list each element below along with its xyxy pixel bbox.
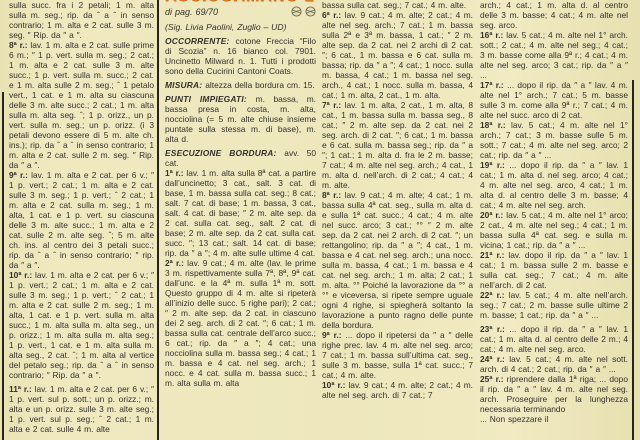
column-rule-right — [632, 80, 634, 440]
row-label: 1ª r.: — [165, 168, 186, 178]
row-label: 9ª r.: — [9, 170, 31, 180]
yarn-ball-icon — [291, 6, 302, 17]
instruction-paragraph: 6ª r.: lav. 9 cat.; 4 m. alte; 2 cat.; 4… — [322, 10, 473, 100]
column-rule-left — [2, 92, 4, 440]
instruction-paragraph: 8ª r.: lav. 9 cat.; 4 m. alte; 4 cat.; 1… — [322, 190, 473, 330]
instruction-paragraph: 2ª r.: lav. 9 cat.; 4 m. alte (lav. le p… — [165, 258, 316, 388]
instruction-paragraph: OCCORRENTE: cotone Freccia “Filo di Scoz… — [165, 36, 316, 76]
instruction-paragraph: 10ª r.: lav. 9 cat.; 4 m. alte; 2 cat.; … — [322, 380, 473, 400]
section-label: MISURA: — [165, 80, 205, 90]
instruction-paragraph: 16ª r.: lav. 5 cat.; 4 m. alte nel 1° ar… — [480, 30, 628, 80]
row-label: 19ª r.: — [480, 160, 509, 170]
page-title: ASCIUGAMANO 2 — [165, 0, 316, 3]
paragraph: arch.; 4 cat.; 1 m. alta d. al centro de… — [480, 0, 628, 30]
row-label: 24ª r.: — [480, 354, 509, 364]
row-label: 11ª r.: — [9, 384, 35, 394]
row-label: 10ª r.: — [322, 380, 348, 390]
paragraph: ... Non spezzare il — [480, 414, 628, 424]
instruction-paragraph: 10ª r.: lav. 1 m. alta e 2 cat. per 6 v.… — [9, 270, 154, 380]
instruction-paragraph: PUNTI IMPIEGATI: m. bassa, m. bassa pres… — [165, 94, 316, 144]
paragraph: bassa sulla cat. seg.; 7 cat.; 4 m. alte… — [322, 0, 473, 10]
instruction-paragraph: 22ª r.: lav. 5 cat.; 4 m. alte nell’arch… — [480, 290, 628, 320]
instruction-paragraph: 21ª r.: lav. dopo il rip. da ″ a ″ lav. … — [480, 250, 628, 290]
instruction-paragraph: ESECUZIONE BORDURA: avv. 50 cat. — [165, 148, 316, 168]
column-rule-middle — [157, 0, 159, 440]
row-label: 21ª r.: — [480, 250, 508, 260]
row-label: 23ª r.: — [480, 324, 509, 334]
instruction-paragraph: 8ª r.: lav. 1 m. alta e 2 cat. sulle pri… — [9, 40, 154, 170]
text-column-2: ASCIUGAMANO 2di pag. 69/70(Sig. Livia Pa… — [165, 0, 316, 440]
page-reference-text: di pag. 69/70 — [165, 7, 218, 17]
row-label: 18ª r.: — [480, 120, 511, 130]
instruction-paragraph: 23ª r.: ... dopo il rip. da ″ a ″ lav. 1… — [480, 324, 628, 354]
section-label: PUNTI IMPIEGATI: — [165, 94, 256, 104]
instruction-paragraph: 24ª r.: lav. 5 cat.; 4 m. alte nel sott.… — [480, 354, 628, 374]
instruction-paragraph: 7ª r.: lav. 1 m. alta, 2 cat., 1 m. alta… — [322, 100, 473, 190]
page-reference: di pag. 69/70 — [165, 6, 316, 17]
instruction-paragraph: 19ª r.: ... dopo il rip. da ″ a ″ lav. 1… — [480, 160, 628, 210]
row-label: 7ª r.: — [322, 100, 345, 110]
scanned-magazine-page: sulla succ. fra i 2 petali; 1 m. alta su… — [0, 0, 640, 440]
instruction-paragraph: 9ª r.: lav. 1 m. alta e 2 cat. per 6 v.;… — [9, 170, 154, 270]
row-label: 20ª r.: — [480, 210, 506, 220]
instruction-paragraph: 18ª r.: lav. 5 cat.; 4 m. alte nel 1° ar… — [480, 120, 628, 160]
row-label: 22ª r.: — [480, 290, 509, 300]
row-label: 17ª r.: — [480, 80, 507, 90]
instruction-paragraph: MISURA: altezza della bordura cm. 15. — [165, 80, 316, 90]
row-label: 16ª r.: — [480, 30, 506, 40]
instruction-paragraph: 11ª r.: lav. 1 m. alta e 2 cat. per 6 v.… — [9, 384, 154, 434]
section-label: OCCORRENTE: — [165, 36, 236, 46]
instruction-paragraph: 1ª r.: lav. 1 m. alta sulla 8ª cat. a pa… — [165, 168, 316, 258]
row-label: 9ª r.: — [322, 330, 345, 340]
instruction-paragraph: 9ª r.: ... dopo il ripetersi da ″ a ″ de… — [322, 330, 473, 380]
row-label: 2ª r.: — [165, 258, 187, 268]
instruction-paragraph: 20ª r.: lav. 5 cat.; 4 m. alte nel 1° ar… — [480, 210, 628, 250]
row-label: 25ª r.: — [480, 374, 507, 384]
row-label: 8ª r.: — [9, 40, 30, 50]
instruction-paragraph: 17ª r.: ... dopo il rip. da ″ a ″ lav. 4… — [480, 80, 628, 120]
section-label: ESECUZIONE BORDURA: — [165, 148, 284, 158]
text-column-3: bassa sulla cat. seg.; 7 cat.; 4 m. alte… — [322, 0, 473, 440]
row-label: 8ª r.: — [322, 190, 345, 200]
row-label: 6ª r.: — [322, 10, 345, 20]
text-column-4: arch.; 4 cat.; 1 m. alta d. al centro de… — [480, 0, 628, 440]
instruction-paragraph: 25ª r.: riprendere dalla 1ª riga; ... do… — [480, 374, 628, 414]
row-label: 10ª r.: — [9, 270, 35, 280]
author-credit: (Sig. Livia Paolini, Zuglio – UD) — [165, 22, 316, 32]
paragraph: sulla succ. fra i 2 petali; 1 m. alta su… — [9, 0, 154, 40]
difficulty-icons — [291, 6, 316, 17]
yarn-ball-icon — [305, 6, 316, 17]
text-column-1: sulla succ. fra i 2 petali; 1 m. alta su… — [9, 0, 154, 440]
